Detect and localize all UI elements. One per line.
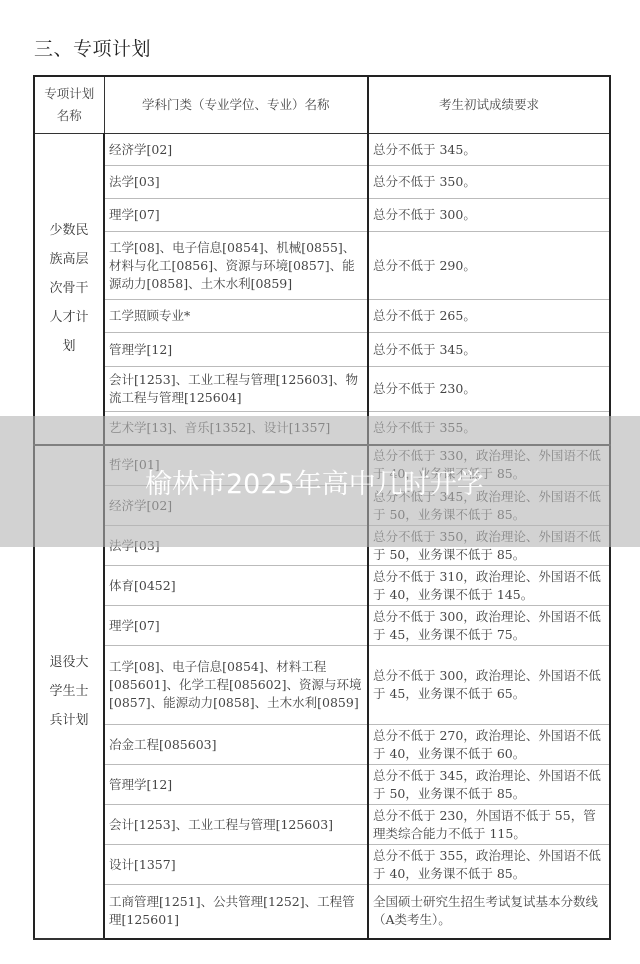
table-row: 体育[0452] 总分不低于 310，政治理论、外国语不低于 40，业务课不低于… — [34, 566, 610, 606]
subject-cell: 理学[07] — [104, 606, 368, 646]
subject-cell: 法学[03] — [104, 166, 368, 199]
table-row: 法学[03] 总分不低于 350。 — [34, 166, 610, 199]
requirement-cell: 全国硕士研究生招生考试复试基本分数线（A类考生）。 — [368, 885, 610, 939]
requirement-cell: 总分不低于 230。 — [368, 367, 610, 412]
table-row: 设计[1357] 总分不低于 355，政治理论、外国语不低于 40，业务课不低于… — [34, 845, 610, 885]
subject-cell: 管理学[12] — [104, 765, 368, 805]
plan-name-cell: 少数民族高层次骨干人才计划 — [34, 134, 104, 445]
header-plan-name: 专项计划名称 — [34, 76, 104, 134]
subject-cell: 会计[1253]、工业工程与管理[125603]、物流工程与管理[125604] — [104, 367, 368, 412]
table-row: 管理学[12] 总分不低于 345，政治理论、外国语不低于 50，业务课不低于 … — [34, 765, 610, 805]
requirement-cell: 总分不低于 300，政治理论、外国语不低于 45，业务课不低于 65。 — [368, 646, 610, 725]
table-row: 理学[07] 总分不低于 300，政治理论、外国语不低于 45，业务课不低于 7… — [34, 606, 610, 646]
requirement-cell: 总分不低于 345。 — [368, 333, 610, 367]
subject-cell: 工学[08]、电子信息[0854]、材料工程[085601]、化学工程[0856… — [104, 646, 368, 725]
requirement-cell: 总分不低于 345，政治理论、外国语不低于 50，业务课不低于 85。 — [368, 765, 610, 805]
subject-cell: 理学[07] — [104, 199, 368, 232]
subject-cell: 工学照顾专业* — [104, 300, 368, 333]
requirement-cell: 总分不低于 265。 — [368, 300, 610, 333]
requirement-cell: 总分不低于 345。 — [368, 134, 610, 166]
requirement-cell: 总分不低于 310，政治理论、外国语不低于 40，业务课不低于 145。 — [368, 566, 610, 606]
requirement-cell: 总分不低于 350。 — [368, 166, 610, 199]
requirement-cell: 总分不低于 300，政治理论、外国语不低于 45，业务课不低于 75。 — [368, 606, 610, 646]
requirement-cell: 总分不低于 230，外国语不低于 55，管理类综合能力不低于 115。 — [368, 805, 610, 845]
subject-cell: 冶金工程[085603] — [104, 725, 368, 765]
table-row: 管理学[12] 总分不低于 345。 — [34, 333, 610, 367]
watermark-text: 榆林市2025年高中几时开学 — [145, 462, 484, 501]
subject-cell: 设计[1357] — [104, 845, 368, 885]
requirement-cell: 总分不低于 355，政治理论、外国语不低于 40，业务课不低于 85。 — [368, 845, 610, 885]
table-row: 冶金工程[085603] 总分不低于 270，政治理论、外国语不低于 40，业务… — [34, 725, 610, 765]
requirement-cell: 总分不低于 300。 — [368, 199, 610, 232]
header-subject: 学科门类（专业学位、专业）名称 — [104, 76, 368, 134]
table-row: 工学[08]、电子信息[0854]、材料工程[085601]、化学工程[0856… — [34, 646, 610, 725]
table-row: 会计[1253]、工业工程与管理[125603]、物流工程与管理[125604]… — [34, 367, 610, 412]
section-title: 三、专项计划 — [34, 34, 151, 61]
header-requirement: 考生初试成绩要求 — [368, 76, 610, 134]
table-row: 工商管理[1251]、公共管理[1252]、工程管理[125601] 全国硕士研… — [34, 885, 610, 939]
subject-cell: 管理学[12] — [104, 333, 368, 367]
subject-cell: 工学[08]、电子信息[0854]、机械[0855]、材料与化工[0856]、资… — [104, 232, 368, 300]
subject-cell: 会计[1253]、工业工程与管理[125603] — [104, 805, 368, 845]
requirement-cell: 总分不低于 290。 — [368, 232, 610, 300]
requirement-cell: 总分不低于 270，政治理论、外国语不低于 40，业务课不低于 60。 — [368, 725, 610, 765]
subject-cell: 体育[0452] — [104, 566, 368, 606]
table-row: 会计[1253]、工业工程与管理[125603] 总分不低于 230，外国语不低… — [34, 805, 610, 845]
table-header-row: 专项计划名称 学科门类（专业学位、专业）名称 考生初试成绩要求 — [34, 76, 610, 134]
table-row: 理学[07] 总分不低于 300。 — [34, 199, 610, 232]
table-row: 工学[08]、电子信息[0854]、机械[0855]、材料与化工[0856]、资… — [34, 232, 610, 300]
table-row: 工学照顾专业* 总分不低于 265。 — [34, 300, 610, 333]
subject-cell: 工商管理[1251]、公共管理[1252]、工程管理[125601] — [104, 885, 368, 939]
subject-cell: 经济学[02] — [104, 134, 368, 166]
table-row: 少数民族高层次骨干人才计划 经济学[02] 总分不低于 345。 — [34, 134, 610, 166]
